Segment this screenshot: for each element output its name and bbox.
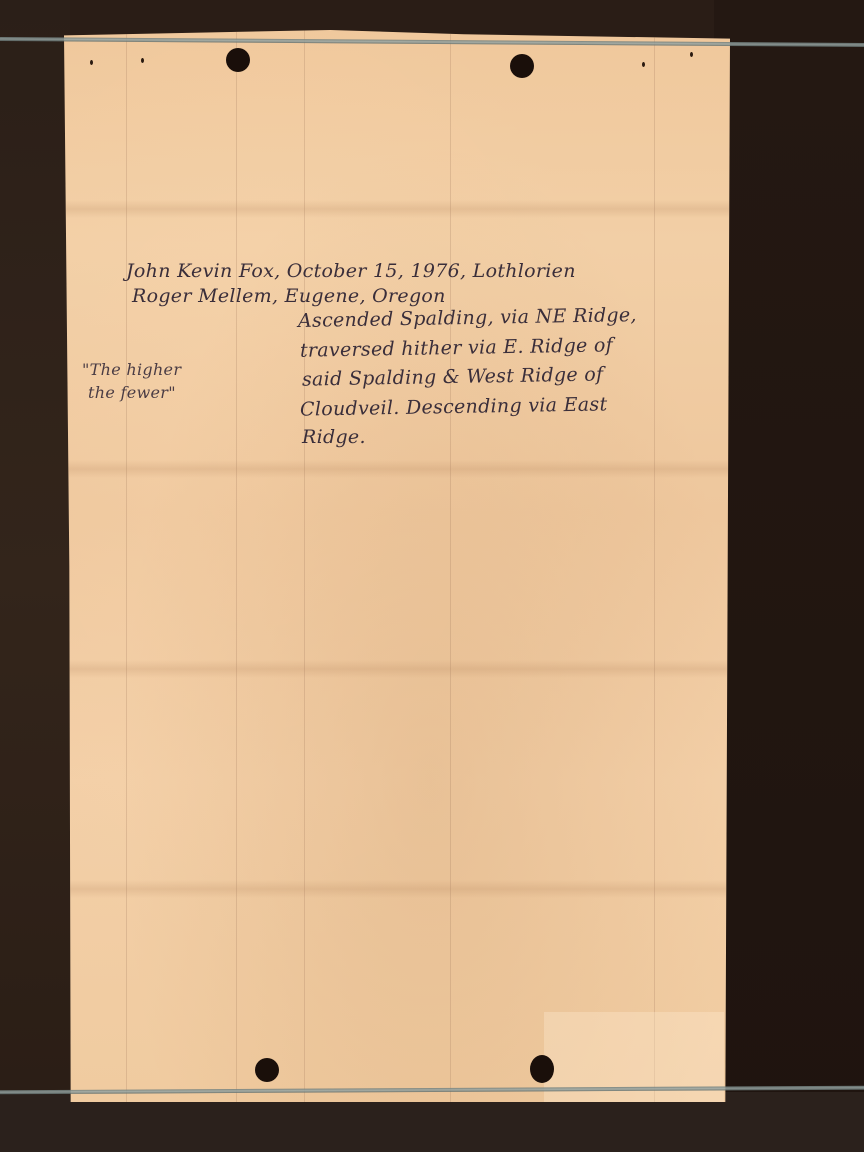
ruled-line (304, 30, 305, 1102)
entry-line-names-place: Roger Mellem, Eugene, Oregon (132, 287, 446, 306)
entry-line-names-date: John Kevin Fox, October 15, 1976, Lothlo… (126, 262, 576, 281)
paper-crease (64, 660, 730, 678)
paper-crease (64, 460, 730, 478)
background-right (714, 0, 864, 1152)
punch-hole (255, 1058, 279, 1082)
paper-crease (64, 200, 730, 218)
pin-hole (141, 58, 144, 63)
punch-hole (510, 54, 534, 78)
ruled-line (236, 30, 237, 1102)
margin-motto-line: the fewer" (88, 385, 176, 401)
pin-hole (642, 62, 645, 67)
pin-hole (90, 60, 93, 65)
paper-crease (64, 880, 730, 898)
entry-body-line: Ridge. (302, 428, 366, 447)
punch-hole (226, 48, 250, 72)
background-left (0, 0, 70, 1152)
ruled-line (126, 30, 127, 1102)
pin-hole (690, 52, 693, 57)
ruled-line (654, 30, 655, 1102)
entry-body-line: traversed hither via E. Ridge of (300, 336, 613, 360)
entry-body-line: said Spalding & West Ridge of (302, 365, 604, 389)
margin-motto-line: "The higher (82, 362, 181, 378)
register-page (64, 30, 730, 1102)
entry-body-line: Cloudveil. Descending via East (300, 395, 608, 419)
ruled-line (450, 30, 451, 1102)
punch-hole (530, 1055, 554, 1083)
